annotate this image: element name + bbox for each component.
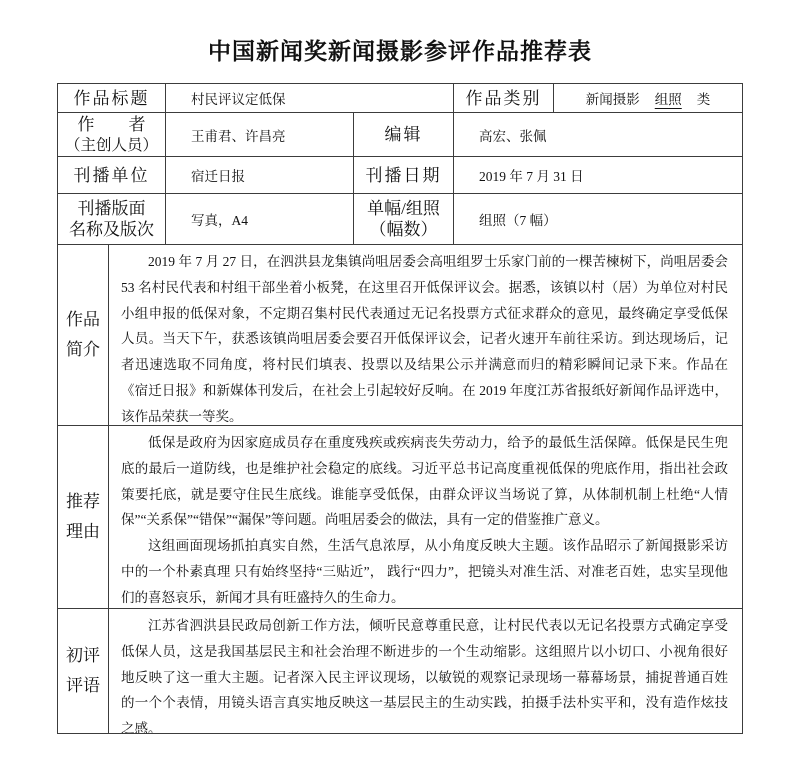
- field-value-work-title: 村民评议定低保: [166, 84, 454, 113]
- section-label-initial-review-line2: 评语: [66, 671, 100, 701]
- field-label-authors-line1: 作 者: [78, 114, 146, 135]
- field-label-work-category-text: 作品类别: [466, 88, 542, 109]
- field-label-photo-count-line2: （幅数）: [370, 219, 438, 240]
- field-label-photo-count-line1: 单幅/组照: [367, 198, 440, 219]
- page-layout-text: 写真，A4: [191, 209, 248, 229]
- field-label-publish-date: 刊播日期: [354, 157, 454, 194]
- field-label-work-category: 作品类别: [454, 84, 554, 113]
- field-label-editor-text: 编辑: [385, 124, 423, 145]
- work-summary-paragraph: 2019 年 7 月 27 日，在泗洪县龙集镇尚咀居委会高咀组罗士乐家门前的一棵…: [121, 249, 728, 426]
- field-value-authors: 王甫君、许昌亮: [166, 113, 354, 157]
- section-label-initial-review: 初评 评语: [58, 609, 109, 733]
- recommendation-form-page: 中国新闻奖新闻摄影参评作品推荐表 作品标题 村民评议定低保 作品类别 新闻摄影 …: [0, 0, 800, 765]
- field-value-editor: 高宏、张佩: [454, 113, 742, 157]
- field-value-work-category: 新闻摄影 组照 类: [554, 84, 742, 113]
- field-label-editor: 编辑: [354, 113, 454, 157]
- publish-unit-text: 宿迁日报: [191, 165, 245, 185]
- field-label-page-layout-line2: 名称及版次: [69, 219, 154, 240]
- section-label-recommendation-line1: 推荐: [66, 487, 100, 517]
- recommendation-paragraph-1: 低保是政府为因家庭成员存在重度残疾或疾病丧失劳动力，给予的最低生活保障。低保是民…: [121, 430, 728, 533]
- section-content-initial-review: 江苏省泗洪县民政局创新工作方法，倾听民意尊重民意，让村民代表以无记名投票方式确定…: [109, 609, 742, 733]
- section-label-recommendation-line2: 理由: [66, 517, 100, 547]
- form-table: 作品标题 村民评议定低保 作品类别 新闻摄影 组照 类 作 者 （主创人员） 王…: [57, 83, 743, 734]
- publish-date-text: 2019 年 7 月 31 日: [479, 165, 584, 185]
- initial-review-paragraph: 江苏省泗洪县民政局创新工作方法，倾听民意尊重民意，让村民代表以无记名投票方式确定…: [121, 613, 728, 733]
- recommendation-paragraph-2: 这组画面现场抓拍真实自然，生活气息浓厚，从小角度反映大主题。该作品昭示了新闻摄影…: [121, 533, 728, 609]
- section-label-initial-review-line1: 初评: [66, 641, 100, 671]
- field-label-publish-date-text: 刊播日期: [366, 165, 442, 186]
- field-label-page-layout: 刊播版面 名称及版次: [58, 194, 166, 245]
- category-suffix-text: 类: [697, 88, 711, 108]
- field-value-photo-count: 组照（7 幅）: [454, 194, 742, 245]
- editor-text: 高宏、张佩: [479, 125, 547, 145]
- category-type-text: 组照: [655, 88, 682, 108]
- field-label-publish-unit-text: 刊播单位: [74, 165, 150, 186]
- category-prefix-text: 新闻摄影: [586, 88, 640, 108]
- section-label-recommendation-reason: 推荐 理由: [58, 426, 109, 609]
- field-label-authors: 作 者 （主创人员）: [58, 113, 166, 157]
- section-label-work-summary: 作品 简介: [58, 245, 109, 426]
- work-title-text: 村民评议定低保: [191, 88, 286, 108]
- field-label-page-layout-line1: 刊播版面: [78, 198, 146, 219]
- page-title: 中国新闻奖新闻摄影参评作品推荐表: [0, 33, 800, 66]
- photo-count-text: 组照（7 幅）: [479, 209, 557, 229]
- section-label-work-summary-line1: 作品: [66, 305, 100, 335]
- section-content-work-summary: 2019 年 7 月 27 日，在泗洪县龙集镇尚咀居委会高咀组罗士乐家门前的一棵…: [109, 245, 742, 426]
- section-label-work-summary-line2: 简介: [66, 335, 100, 365]
- field-value-publish-date: 2019 年 7 月 31 日: [454, 157, 742, 194]
- field-value-publish-unit: 宿迁日报: [166, 157, 354, 194]
- field-label-photo-count: 单幅/组照 （幅数）: [354, 194, 454, 245]
- section-content-recommendation-reason: 低保是政府为因家庭成员存在重度残疾或疾病丧失劳动力，给予的最低生活保障。低保是民…: [109, 426, 742, 609]
- authors-text: 王甫君、许昌亮: [191, 125, 286, 145]
- field-label-publish-unit: 刊播单位: [58, 157, 166, 194]
- field-label-work-title-text: 作品标题: [74, 88, 150, 109]
- field-value-page-layout: 写真，A4: [166, 194, 354, 245]
- field-label-work-title: 作品标题: [58, 84, 166, 113]
- field-label-authors-line2: （主创人员）: [65, 135, 158, 156]
